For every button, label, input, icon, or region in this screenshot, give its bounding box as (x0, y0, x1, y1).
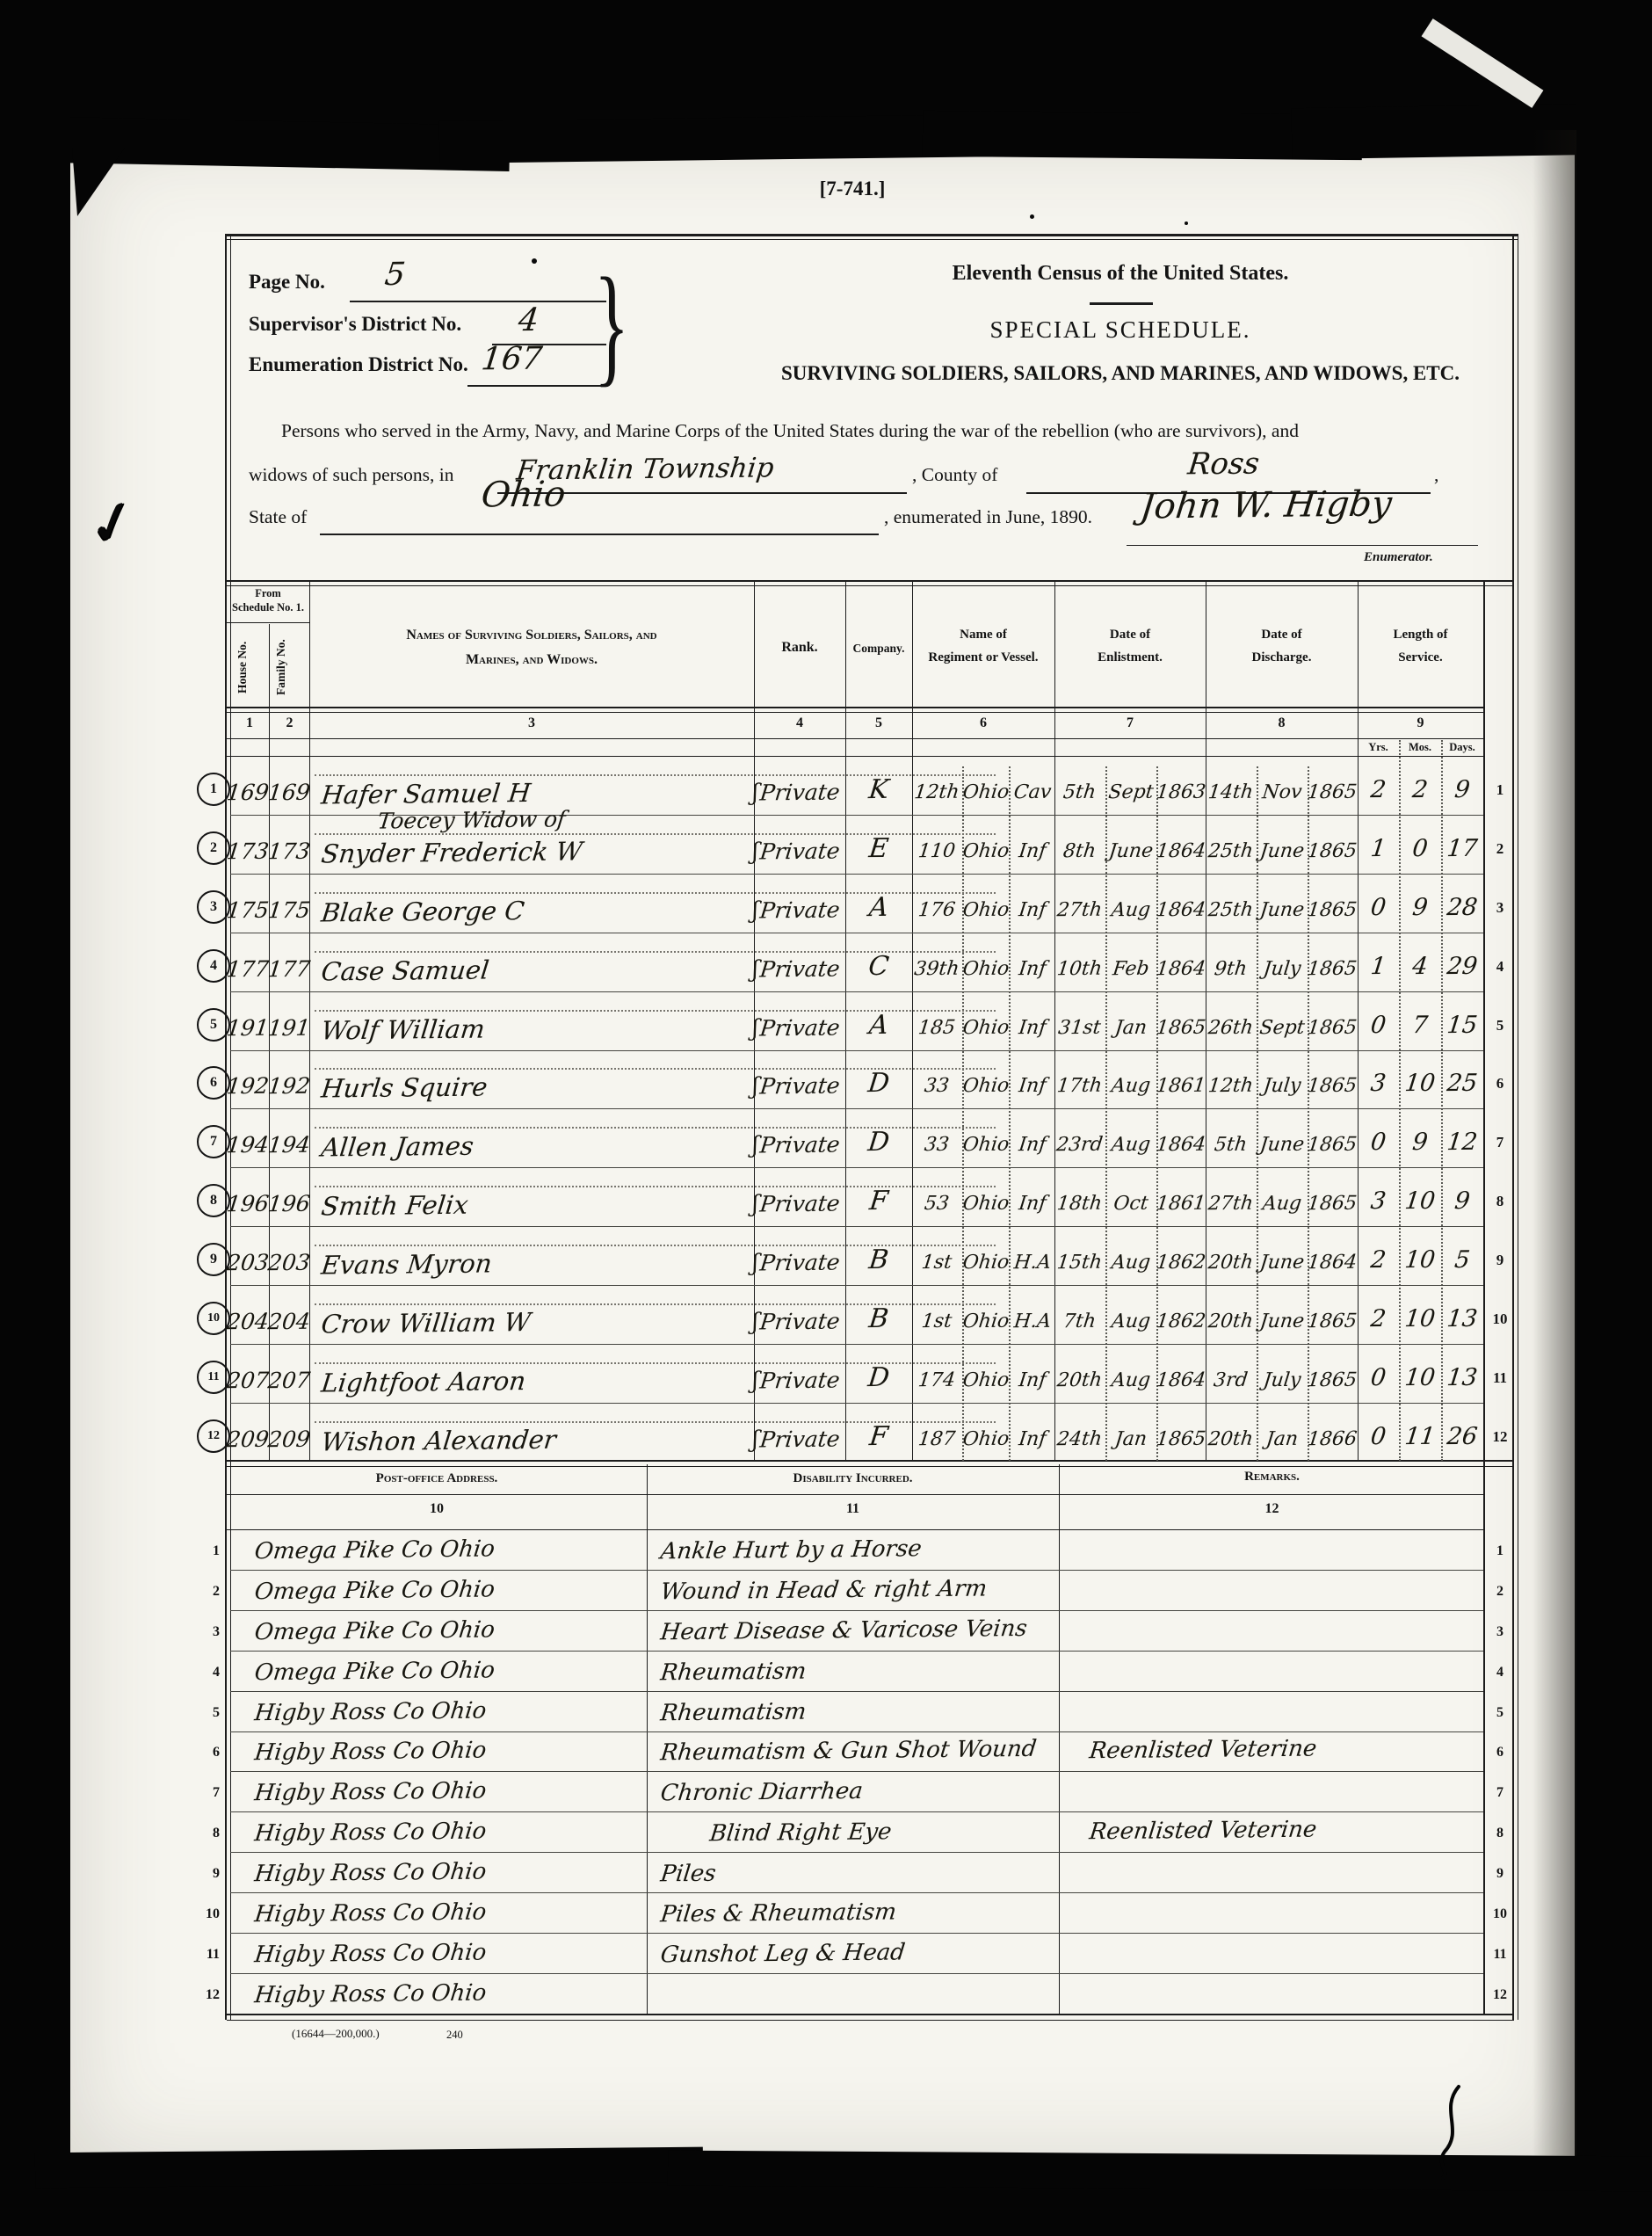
row-number-right: 10 (1487, 1310, 1513, 1328)
form-box-left (225, 234, 227, 2020)
post-office-address: Omega Pike Co Ohio (253, 1615, 643, 1646)
service-subcol-header: Mos. (1399, 741, 1441, 754)
discharge-part: 1864 (1306, 1252, 1359, 1274)
form-box-left (230, 234, 231, 2020)
family-no-cell: 209 (265, 1427, 312, 1453)
discharge-part: 26th (1205, 1017, 1257, 1040)
enlist-part: Jan (1104, 1428, 1159, 1451)
ink-speck (1185, 221, 1188, 225)
service-days-cell: 17 (1439, 835, 1485, 863)
regiment-part: Inf (1008, 899, 1058, 922)
discharge-part: Sept (1255, 1017, 1310, 1040)
rank-pen-tick: ʃ (752, 1368, 758, 1394)
soldier-name: Crow William W (320, 1304, 745, 1339)
rank-pen-tick: ʃ (752, 1073, 758, 1100)
family-no-header: Family No. (274, 629, 301, 705)
rank-pen-tick: ʃ (752, 956, 758, 983)
discharge-part: June (1255, 840, 1310, 863)
service-days-cell: 28 (1439, 894, 1485, 922)
rank-pen-tick: ʃ (752, 838, 758, 865)
company-cell: D (849, 1068, 909, 1100)
discharge-part: June (1255, 1310, 1310, 1333)
column-number: 8 (1206, 715, 1358, 731)
post-office-address: Omega Pike Co Ohio (253, 1575, 643, 1606)
lower-row-number-left: 3 (195, 1624, 220, 1640)
form-number: [7-741.] (756, 178, 949, 200)
soldier-name: Snyder Frederick W (320, 834, 745, 868)
rank-value: Private (758, 1250, 841, 1276)
signature-line (1127, 545, 1478, 546)
film-torn-edge (668, 2151, 1652, 2192)
discharge-part: 1865 (1306, 1310, 1359, 1333)
print-code: 240 (446, 2029, 463, 2042)
discharge-part: 3rd (1205, 1369, 1257, 1392)
family-no-cell: 196 (265, 1191, 312, 1217)
row-rule-line (230, 1226, 1483, 1227)
enlist-part: 20th (1054, 1369, 1106, 1392)
page-no-line (350, 301, 606, 302)
company-cell: K (849, 774, 909, 806)
service-mos-cell: 10 (1397, 1070, 1443, 1098)
disability-incurred: Piles & Rheumatism (659, 1898, 1058, 1928)
service-mos-cell: 11 (1397, 1423, 1443, 1451)
enlist-part: Feb (1104, 958, 1159, 981)
rank-cell: ʃPrivate (752, 1191, 845, 1217)
row-rule-line (230, 933, 1483, 933)
company-cell: B (849, 1303, 909, 1335)
column-number: 1 (230, 715, 269, 731)
enlist-part: Aug (1104, 1252, 1159, 1274)
lower-row-number-right: 12 (1487, 1987, 1513, 2003)
service-mos-cell: 10 (1397, 1305, 1443, 1333)
row-number-right: 4 (1487, 958, 1513, 976)
company-header: Company. (845, 642, 912, 656)
discharge-part: June (1255, 1134, 1310, 1157)
service-header-line2: Service. (1358, 650, 1483, 665)
discharge-header-line1: Date of (1206, 628, 1358, 642)
regiment-part: 33 (911, 1134, 963, 1157)
company-cell: A (849, 892, 909, 924)
service-yrs-cell: 0 (1356, 1364, 1401, 1391)
discharge-part: 1866 (1306, 1428, 1359, 1451)
disability-incurred: Chronic Diarrhea (659, 1776, 1058, 1807)
lower-row-rule-line (230, 1651, 1483, 1652)
supervisor-district-value: 4 (517, 302, 541, 338)
lower-row-number-left: 5 (195, 1705, 220, 1721)
regiment-part: Inf (1008, 1075, 1058, 1098)
paper-edge-shadow (1532, 130, 1576, 2169)
row-number-right: 1 (1487, 781, 1513, 799)
service-days-cell: 25 (1439, 1070, 1485, 1098)
company-cell: F (849, 1421, 909, 1453)
regiment-part: 33 (911, 1075, 963, 1098)
post-office-address: Higby Ross Co Ohio (253, 1696, 643, 1727)
lower-row-rule-line (230, 1691, 1483, 1692)
post-office-address: Higby Ross Co Ohio (253, 1978, 643, 2009)
column-number: 9 (1358, 715, 1483, 731)
regiment-header-line1: Name of (912, 628, 1054, 642)
discharge-part: June (1255, 1252, 1310, 1274)
family-no-cell: 194 (265, 1132, 312, 1158)
regiment-part: Ohio (960, 1075, 1012, 1098)
discharge-part: July (1255, 958, 1310, 981)
column-number: 7 (1054, 715, 1206, 731)
row-number-right: 11 (1487, 1369, 1513, 1387)
upper-numbers-underline (227, 738, 1485, 739)
rank-value: Private (758, 956, 841, 983)
disability-incurred: Wound in Head & right Arm (659, 1575, 1058, 1606)
lower-header-underline (227, 1494, 1485, 1495)
film-torn-edge (35, 2147, 703, 2189)
enumeration-district-line (467, 385, 606, 387)
discharge-part: 20th (1205, 1252, 1257, 1274)
rank-value: Private (758, 1073, 841, 1100)
upper-table-bottom (227, 1460, 1514, 1462)
disability-incurred: Ankle Hurt by a Horse (659, 1535, 1058, 1565)
service-yrs-cell: 0 (1356, 1129, 1401, 1156)
rank-pen-tick: ʃ (752, 1427, 758, 1453)
row-rule-line (230, 991, 1483, 992)
service-mos-cell: 9 (1397, 1129, 1443, 1157)
soldier-name: Blake George C (320, 893, 745, 927)
post-office-address: Higby Ross Co Ohio (253, 1857, 643, 1888)
rank-pen-tick: ʃ (752, 780, 758, 806)
enumerator-signature: John W. Higby (1138, 484, 1394, 527)
lower-row-number-left: 12 (195, 1987, 220, 2003)
regiment-part: Ohio (960, 781, 1012, 804)
col-line-disability-remarks (1059, 1464, 1060, 2014)
soldier-name: Allen James (320, 1128, 745, 1162)
schedule-note-line1: From (227, 587, 309, 600)
regiment-part: Inf (1008, 958, 1058, 981)
rank-cell: ʃPrivate (752, 1309, 845, 1335)
discharge-part: 20th (1205, 1310, 1257, 1333)
disability-incurred: Rheumatism (659, 1696, 1058, 1727)
lower-column-number: 11 (647, 1501, 1059, 1517)
names-header-line1: Names of Surviving Soldiers, Sailors, an… (309, 628, 754, 643)
enlist-part: Sept (1104, 781, 1159, 804)
enlist-part: 17th (1054, 1075, 1106, 1098)
soldier-name: Wolf William (320, 1011, 745, 1045)
discharge-header-line2: Discharge. (1206, 650, 1358, 665)
regiment-part: Inf (1008, 840, 1058, 863)
discharge-part: 25th (1205, 899, 1257, 922)
family-no-cell: 203 (265, 1250, 312, 1276)
company-cell: C (849, 951, 909, 983)
state-line (320, 534, 879, 535)
discharge-part: July (1255, 1075, 1310, 1098)
subcol-dotted-line (1009, 766, 1011, 1461)
row-number-right: 12 (1487, 1428, 1513, 1446)
rank-cell: ʃPrivate (752, 780, 845, 806)
enlist-part: 1864 (1155, 840, 1208, 863)
service-days-cell: 9 (1439, 1187, 1485, 1216)
lower-row-number-right: 3 (1487, 1624, 1513, 1640)
col-line-house-family (269, 624, 270, 1461)
service-days-cell: 13 (1439, 1364, 1485, 1392)
lower-row-rule-line (230, 1731, 1483, 1732)
discharge-part: 9th (1205, 958, 1257, 981)
house-no-cell: 207 (225, 1368, 270, 1394)
service-yrs-cell: 2 (1356, 1305, 1401, 1332)
enlist-part: 24th (1054, 1428, 1106, 1451)
upper-table-bottom (227, 1466, 1514, 1467)
regiment-part: 110 (911, 840, 963, 863)
column-number: 6 (912, 715, 1054, 731)
service-days-cell: 9 (1439, 776, 1485, 804)
discharge-part: 1865 (1306, 899, 1359, 922)
lower-row-rule-line (230, 1771, 1483, 1772)
row-rule-line (230, 1344, 1483, 1345)
house-no-cell: 194 (225, 1132, 270, 1158)
enlist-part: 1862 (1155, 1252, 1208, 1274)
enlist-part: 31st (1054, 1017, 1106, 1040)
service-mos-cell: 4 (1397, 953, 1443, 981)
row-number-right: 7 (1487, 1134, 1513, 1151)
enlist-part: 1861 (1155, 1075, 1208, 1098)
county-label: , County of (912, 464, 997, 486)
rank-cell: ʃPrivate (752, 1015, 845, 1042)
enlist-part: 1862 (1155, 1310, 1208, 1333)
service-yrs-cell: 3 (1356, 1070, 1401, 1097)
lower-row-number-left: 1 (195, 1543, 220, 1559)
state-value: Ohio (479, 475, 568, 516)
discharge-part: Nov (1255, 781, 1310, 804)
regiment-part: 187 (911, 1428, 963, 1451)
rank-cell: ʃPrivate (752, 1368, 845, 1394)
rank-value: Private (758, 897, 841, 924)
enlist-part: 7th (1054, 1310, 1106, 1333)
lower-row-number-right: 10 (1487, 1906, 1513, 1922)
rank-value: Private (758, 1132, 841, 1158)
rank-value: Private (758, 780, 841, 806)
enlist-part: Oct (1104, 1193, 1159, 1216)
rank-value: Private (758, 1427, 841, 1453)
house-no-cell: 173 (225, 838, 270, 865)
rank-pen-tick: ʃ (752, 897, 758, 924)
enlist-header-line1: Date of (1054, 628, 1206, 642)
lower-row-number-left: 11 (195, 1947, 220, 1963)
company-cell: D (849, 1362, 909, 1394)
family-no-cell: 175 (265, 897, 312, 924)
company-cell: F (849, 1186, 909, 1217)
film-torn-edge (439, 114, 1003, 163)
post-office-address: Higby Ross Co Ohio (253, 1736, 643, 1767)
regiment-part: H.A (1008, 1252, 1058, 1274)
schedule-note-line2: Schedule No. 1. (227, 601, 309, 614)
service-days-cell: 12 (1439, 1129, 1485, 1157)
enlist-part: 1865 (1155, 1017, 1208, 1040)
enlist-part: 10th (1054, 958, 1106, 981)
subcol-dotted-line (962, 766, 964, 1461)
service-days-cell: 15 (1439, 1012, 1485, 1040)
enlist-part: Jan (1104, 1017, 1159, 1040)
lower-row-number-left: 9 (195, 1866, 220, 1882)
print-imprint: (16644—200,000.) (292, 2027, 380, 2041)
rank-cell: ʃPrivate (752, 1250, 845, 1276)
regiment-part: Ohio (960, 840, 1012, 863)
enlist-part: 1864 (1155, 1369, 1208, 1392)
company-cell: E (849, 833, 909, 865)
title-rule (1090, 302, 1153, 305)
rank-value: Private (758, 1368, 841, 1394)
discharge-part: July (1255, 1369, 1310, 1392)
enlist-part: Aug (1104, 1310, 1159, 1333)
row-number-right: 5 (1487, 1017, 1513, 1035)
rank-cell: ʃPrivate (752, 1132, 845, 1158)
special-schedule-title: SPECIAL SCHEDULE. (773, 316, 1467, 344)
discharge-part: 20th (1205, 1428, 1257, 1451)
regiment-part: 39th (911, 958, 963, 981)
remarks-note: Reenlisted Veterine (1088, 1815, 1478, 1846)
enlist-part: Aug (1104, 1369, 1159, 1392)
discharge-part: 1865 (1306, 958, 1359, 981)
lower-row-number-right: 1 (1487, 1543, 1513, 1559)
upper-table-top (227, 585, 1514, 586)
service-mos-cell: 7 (1397, 1012, 1443, 1040)
rank-cell: ʃPrivate (752, 1427, 845, 1453)
col-line-rank-company (845, 580, 846, 1461)
post-office-address: Omega Pike Co Ohio (253, 1656, 643, 1687)
service-yrs-cell: 0 (1356, 1012, 1401, 1039)
family-no-cell: 191 (265, 1015, 312, 1042)
disability-incurred: Rheumatism (659, 1656, 1058, 1687)
lower-row-rule-line (230, 1610, 1483, 1611)
discharge-part: 1865 (1306, 1017, 1359, 1040)
enlist-part: 1864 (1155, 899, 1208, 922)
regiment-part: H.A (1008, 1310, 1058, 1333)
discharge-part: 25th (1205, 840, 1257, 863)
disability-header: Disability Incurred. (647, 1471, 1059, 1486)
regiment-part: Ohio (960, 1369, 1012, 1392)
soldier-name: Hurls Squire (320, 1069, 745, 1103)
regiment-part: Inf (1008, 1134, 1058, 1157)
preamble-line2-prefix: widows of such persons, in (249, 464, 454, 486)
enlist-part: 1864 (1155, 958, 1208, 981)
regiment-header-line2: Regiment or Vessel. (912, 650, 1054, 665)
upper-table-top (227, 580, 1514, 582)
service-yrs-cell: 2 (1356, 1246, 1401, 1274)
lower-row-number-left: 8 (195, 1826, 220, 1841)
regiment-part: 174 (911, 1369, 963, 1392)
service-mos-cell: 10 (1397, 1364, 1443, 1392)
soldier-name: Hafer Samuel H (320, 775, 745, 809)
regiment-part: Inf (1008, 1369, 1058, 1392)
discharge-part: June (1255, 899, 1310, 922)
upper-header-bottom (227, 712, 1485, 713)
lower-numbers-underline (227, 1529, 1485, 1530)
discharge-part: 1865 (1306, 840, 1359, 863)
rank-value: Private (758, 838, 841, 865)
lower-row-number-left: 7 (195, 1785, 220, 1801)
ink-speck (1030, 214, 1034, 219)
house-no-cell: 175 (225, 897, 270, 924)
lower-row-number-right: 6 (1487, 1745, 1513, 1760)
discharge-part: Aug (1255, 1193, 1310, 1216)
row-number-right: 3 (1487, 899, 1513, 917)
regiment-part: Ohio (960, 899, 1012, 922)
service-mos-cell: 2 (1397, 776, 1443, 804)
lower-row-number-left: 6 (195, 1745, 220, 1760)
discharge-part: Jan (1255, 1428, 1310, 1451)
enlist-part: Aug (1104, 899, 1159, 922)
lower-row-number-left: 4 (195, 1665, 220, 1681)
regiment-part: Inf (1008, 1017, 1058, 1040)
lower-table-bottom (227, 2014, 1514, 2015)
enlist-part: 1864 (1155, 1134, 1208, 1157)
regiment-part: Inf (1008, 1193, 1058, 1216)
company-cell: A (849, 1010, 909, 1042)
enlist-part: 1861 (1155, 1193, 1208, 1216)
discharge-part: 12th (1205, 1075, 1257, 1098)
enlist-part: 23rd (1054, 1134, 1106, 1157)
row-rule-line (230, 1167, 1483, 1168)
form-content: [7-741.] Page No. 5 Supervisor's Distric… (0, 0, 1652, 2236)
lower-row-number-right: 9 (1487, 1866, 1513, 1882)
regiment-part: Ohio (960, 1252, 1012, 1274)
regiment-part: Ohio (960, 1428, 1012, 1451)
state-label: State of (249, 506, 307, 528)
lower-row-number-left: 10 (195, 1906, 220, 1922)
col-line-address-disability (647, 1464, 648, 2014)
disability-incurred: Rheumatism & Gun Shot Wound (659, 1736, 1058, 1767)
subcol-dotted-line (1156, 766, 1158, 1461)
enlist-part: June (1104, 840, 1159, 863)
regiment-part: Ohio (960, 1134, 1012, 1157)
regiment-part: Ohio (960, 958, 1012, 981)
service-mos-cell: 10 (1397, 1187, 1443, 1216)
lower-row-number-right: 7 (1487, 1785, 1513, 1801)
address-header: Post-office Address. (227, 1471, 647, 1486)
table-right-border (1483, 580, 1485, 2014)
rank-value: Private (758, 1309, 841, 1335)
discharge-part: 1865 (1306, 1134, 1359, 1157)
regiment-part: 12th (911, 781, 963, 804)
service-header-line1: Length of (1358, 628, 1483, 642)
lower-column-number: 12 (1059, 1501, 1485, 1517)
row-rule-line (230, 1050, 1483, 1051)
upper-header-bottom (227, 707, 1485, 708)
lower-row-rule-line (230, 1973, 1483, 1974)
service-subcol-header: Yrs. (1358, 741, 1399, 754)
column-number: 3 (309, 715, 754, 731)
row-number-right: 2 (1487, 840, 1513, 858)
house-no-cell: 209 (225, 1427, 270, 1453)
house-no-header: House No. (235, 629, 262, 705)
company-cell: B (849, 1245, 909, 1276)
post-office-address: Higby Ross Co Ohio (253, 1817, 643, 1848)
preamble-line2-suffix: , (1434, 464, 1438, 486)
house-no-cell: 203 (225, 1250, 270, 1276)
soldier-name: Case Samuel (320, 952, 745, 986)
subcol-dotted-line (1308, 766, 1309, 1461)
form-box-top (225, 239, 1518, 240)
discharge-part: 1865 (1306, 1193, 1359, 1216)
disability-incurred: Blind Right Eye (708, 1817, 1107, 1848)
lower-row-number-right: 11 (1487, 1947, 1513, 1963)
schedule-note-underline (227, 622, 309, 623)
post-office-address: Higby Ross Co Ohio (253, 1776, 643, 1807)
soldier-name: Lightfoot Aaron (320, 1363, 745, 1397)
enlist-part: 1865 (1155, 1428, 1208, 1451)
row-rule-line (230, 874, 1483, 875)
service-days-cell: 13 (1439, 1305, 1485, 1333)
lower-column-number: 10 (227, 1501, 647, 1517)
rank-pen-tick: ʃ (752, 1015, 758, 1042)
regiment-part: 53 (911, 1193, 963, 1216)
film-scan: [7-741.] Page No. 5 Supervisor's Distric… (0, 0, 1652, 2236)
house-no-cell: 169 (225, 780, 270, 806)
